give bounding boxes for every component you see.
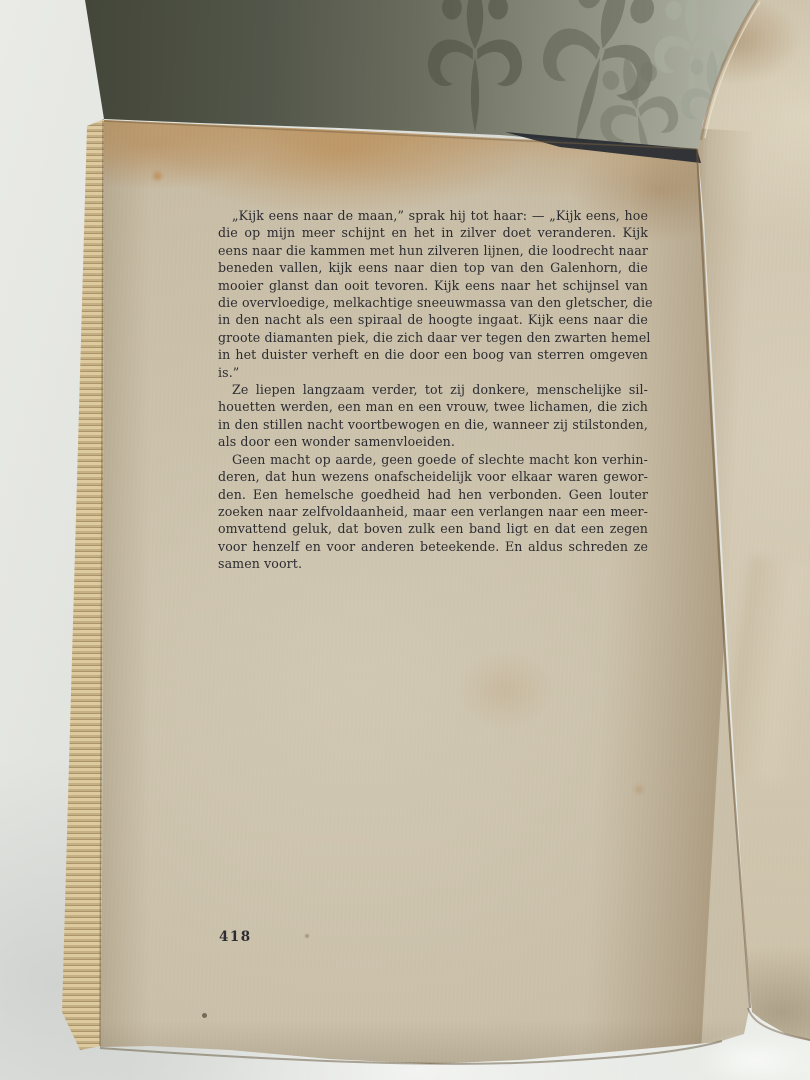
page-text-block: „Kijk eens naar de maan,” sprak hij tot … — [218, 207, 648, 573]
text-line: Geen macht op aarde, geen goede of slech… — [218, 451, 648, 468]
text-line: voor henzelf en voor anderen beteekende.… — [218, 538, 648, 555]
foxing-spot — [151, 170, 164, 182]
text-line: eens naar die kammen met hun zilveren li… — [218, 242, 648, 259]
foxing-spot — [305, 934, 309, 938]
text-line: groote diamanten piek, die zich daar ver… — [218, 329, 648, 346]
left-page: „Kijk eens naar de maan,” sprak hij tot … — [0, 0, 810, 1080]
text-line: houetten werden, een man en een vrouw, t… — [218, 398, 648, 415]
text-line: samen voort. — [218, 555, 648, 572]
text-line: in den stillen nacht voortbewogen en die… — [218, 416, 648, 433]
text-line: „Kijk eens naar de maan,” sprak hij tot … — [218, 207, 648, 224]
text-line: Ze liepen langzaam verder, tot zij donke… — [218, 381, 648, 398]
text-line: omvattend geluk, dat boven zulk een band… — [218, 520, 648, 537]
paragraph: Ze liepen langzaam verder, tot zij donke… — [218, 381, 648, 451]
book-photo-scene: „Kijk eens naar de maan,” sprak hij tot … — [0, 0, 810, 1080]
text-line: den. Een hemelsche goedheid had hen verb… — [218, 486, 648, 503]
cloth-highlight — [695, 1035, 810, 1080]
text-line: die op mijn meer schijnt en het in zilve… — [218, 224, 648, 241]
foxing-spot — [633, 784, 645, 795]
text-line: deren, dat hun wezens onafscheidelijk vo… — [218, 468, 648, 485]
text-line: mooier glanst dan ooit tevoren. Kijk een… — [218, 277, 648, 294]
text-line: in den nacht als een spiraal de hoogte i… — [218, 311, 648, 328]
foxing-spot — [202, 1013, 207, 1018]
paragraph: Geen macht op aarde, geen goede of slech… — [218, 451, 648, 573]
text-line: als door een wonder samenvloeiden. — [218, 433, 648, 450]
text-line: die overvloedige, melkachtige sneeuwmass… — [218, 294, 648, 311]
paragraph: „Kijk eens naar de maan,” sprak hij tot … — [218, 207, 648, 381]
page-number: 418 — [219, 929, 252, 945]
text-line: zoeken naar zelfvoldaanheid, maar een ve… — [218, 503, 648, 520]
text-line: beneden vallen, kijk eens naar dien top … — [218, 259, 648, 276]
text-line: in het duister verheft en die door een b… — [218, 346, 648, 381]
